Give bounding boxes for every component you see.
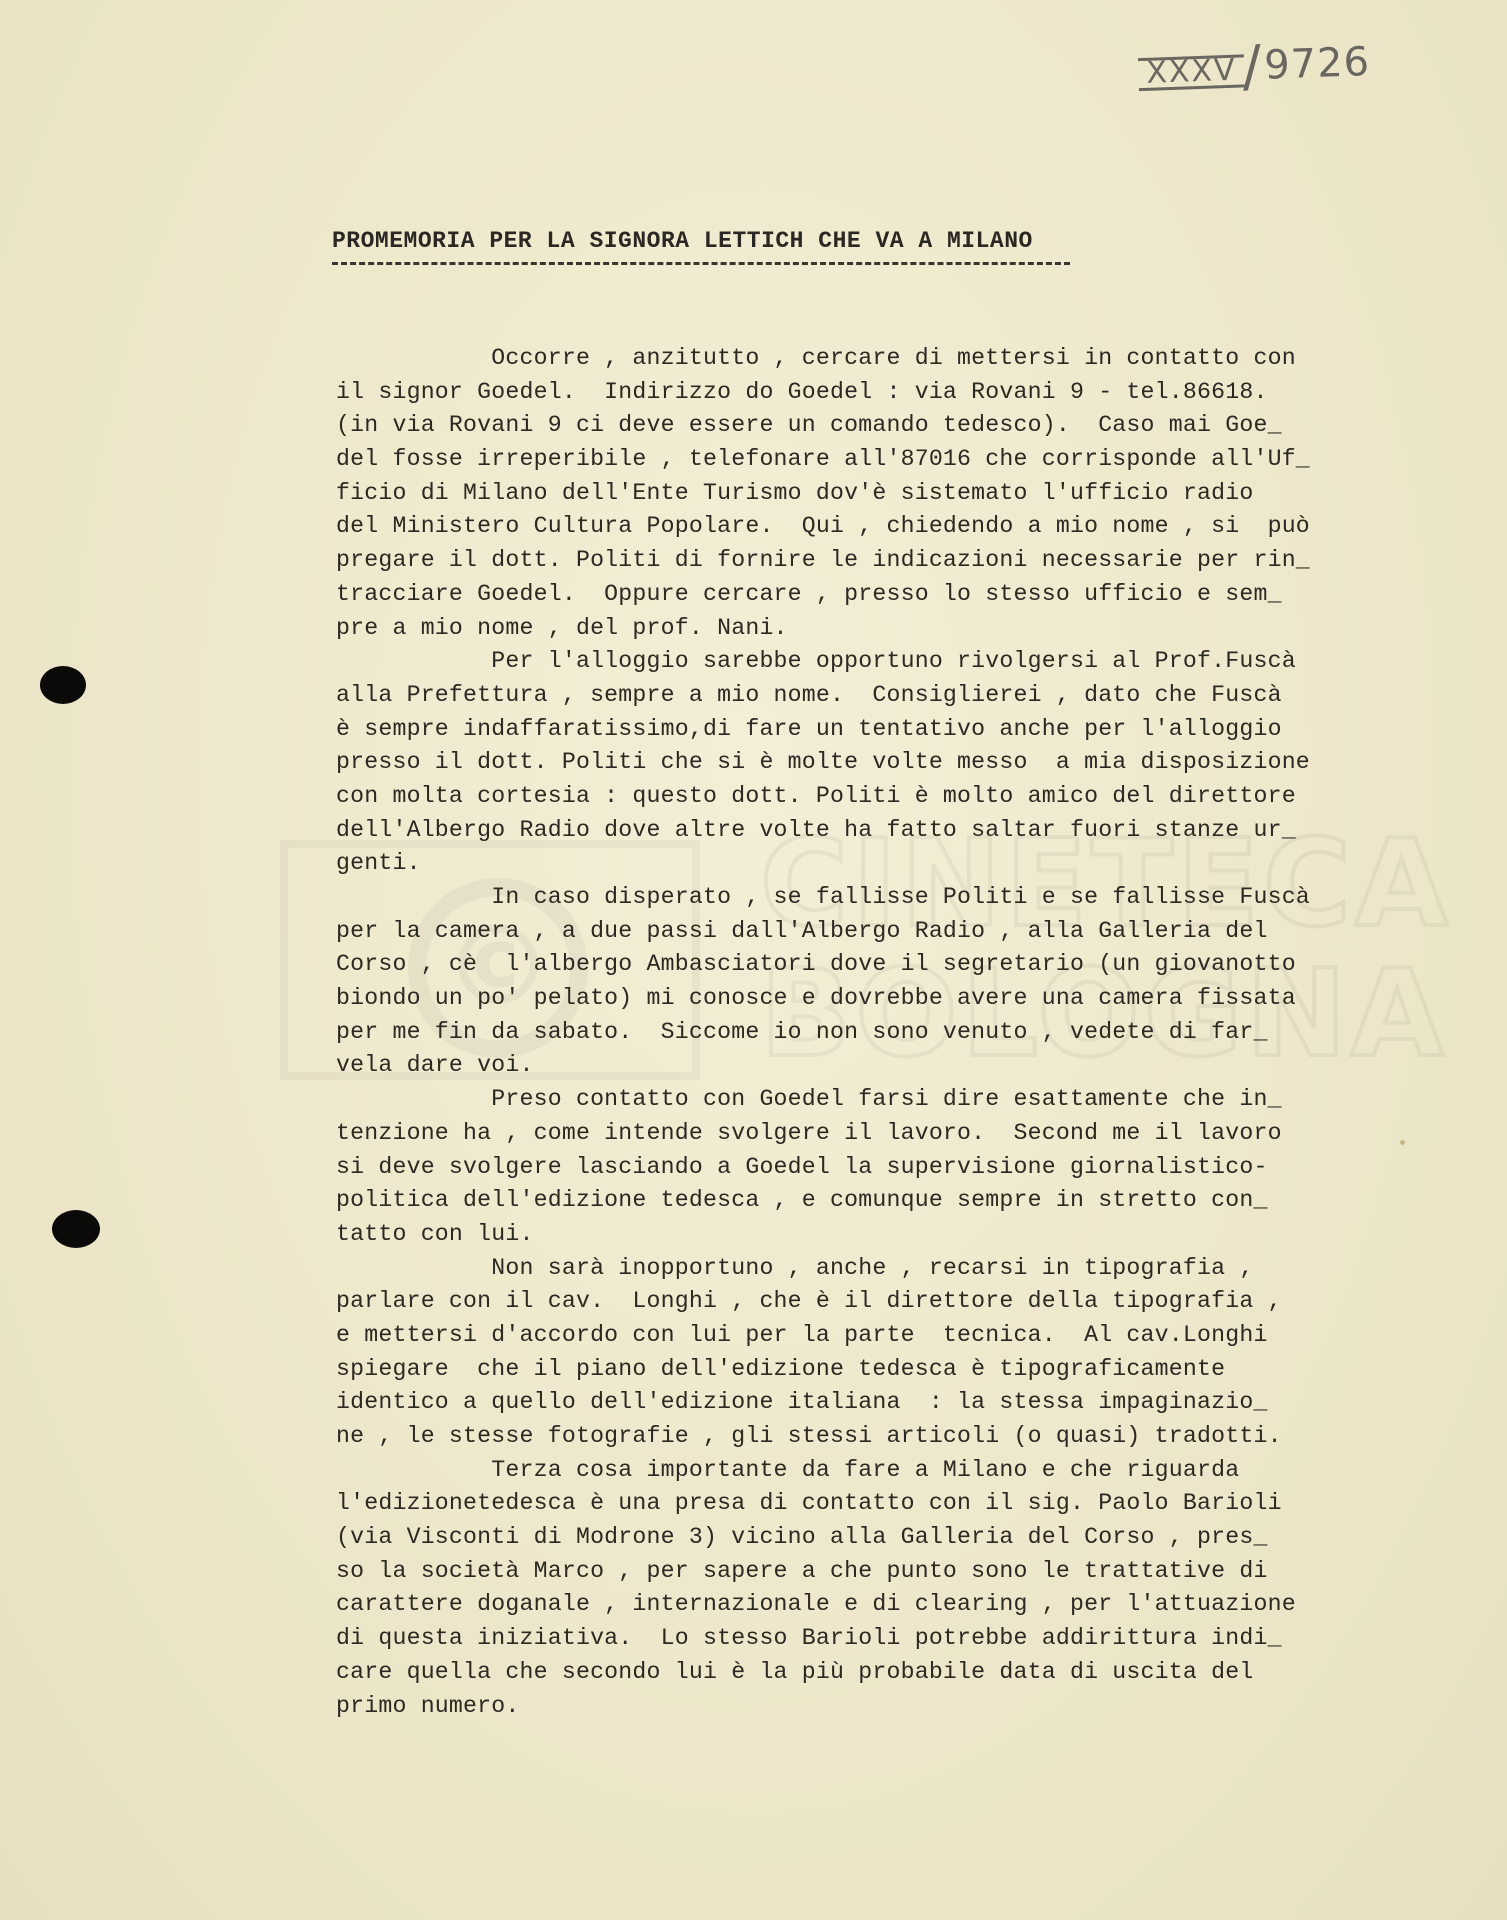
text-line: spiegare che il piano dell'edizione tede… [336,1353,1396,1387]
text-line: di questa iniziativa. Lo stesso Barioli … [336,1622,1396,1656]
text-line: del fosse irreperibile , telefonare all'… [336,443,1396,477]
archive-number: 9726 [1263,39,1370,89]
text-line: Occorre , anzitutto , cercare di metters… [336,342,1396,376]
text-line: genti. [336,847,1396,881]
text-line: so la società Marco , per sapere a che p… [336,1555,1396,1589]
text-line: è sempre indaffaratissimo,di fare un ten… [336,713,1396,747]
text-line: Per l'alloggio sarebbe opportuno rivolge… [336,645,1396,679]
text-line: l'edizionetedesca è una presa di contatt… [336,1487,1396,1521]
archive-roman-numeral: XXXV [1142,53,1241,91]
text-line: In caso disperato , se fallisse Politi e… [336,881,1396,915]
text-line: del Ministero Cultura Popolare. Qui , ch… [336,510,1396,544]
text-line: care quella che secondo lui è la più pro… [336,1656,1396,1690]
text-line: ficio di Milano dell'Ente Turismo dov'è … [336,477,1396,511]
text-line: carattere doganale , internazionale e di… [336,1588,1396,1622]
paper-speck [1400,1140,1405,1145]
text-line: si deve svolgere lasciando a Goedel la s… [336,1151,1396,1185]
text-line: pregare il dott. Politi di fornire le in… [336,544,1396,578]
text-line: pre a mio nome , del prof. Nani. [336,612,1396,646]
text-line: biondo un po' pelato) mi conosce e dovre… [336,982,1396,1016]
punch-hole-top [40,666,86,704]
text-line: per la camera , a due passi dall'Albergo… [336,915,1396,949]
text-line: Terza cosa importante da fare a Milano e… [336,1454,1396,1488]
document-title: PROMEMORIA PER LA SIGNORA LETTICH CHE VA… [332,228,1033,254]
text-line: presso il dott. Politi che si è molte vo… [336,746,1396,780]
text-line: per me fin da sabato. Siccome io non son… [336,1016,1396,1050]
text-line: il signor Goedel. Indirizzo do Goedel : … [336,376,1396,410]
text-line: con molta cortesia : questo dott. Politi… [336,780,1396,814]
title-underline [332,262,1070,265]
text-line: tenzione ha , come intende svolgere il l… [336,1117,1396,1151]
text-line: parlare con il cav. Longhi , che è il di… [336,1285,1396,1319]
text-line: e mettersi d'accordo con lui per la part… [336,1319,1396,1353]
punch-hole-bottom [52,1210,100,1248]
archive-reference: XXXV/9726 [1141,24,1371,97]
text-line: politica dell'edizione tedesca , e comun… [336,1184,1396,1218]
text-line: Corso , cè l'albergo Ambasciatori dove i… [336,948,1396,982]
text-line: ne , le stesse fotografie , gli stessi a… [336,1420,1396,1454]
text-line: alla Prefettura , sempre a mio nome. Con… [336,679,1396,713]
archive-separator: / [1241,34,1263,100]
text-line: primo numero. [336,1690,1396,1724]
text-line: tatto con lui. [336,1218,1396,1252]
text-line: dell'Albergo Radio dove altre volte ha f… [336,814,1396,848]
text-line: Preso contatto con Goedel farsi dire esa… [336,1083,1396,1117]
text-line: Non sarà inopportuno , anche , recarsi i… [336,1252,1396,1286]
text-line: tracciare Goedel. Oppure cercare , press… [336,578,1396,612]
text-line: vela dare voi. [336,1049,1396,1083]
text-line: identico a quello dell'edizione italiana… [336,1386,1396,1420]
document-body: Occorre , anzitutto , cercare di metters… [336,342,1396,1723]
text-line: (via Visconti di Modrone 3) vicino alla … [336,1521,1396,1555]
text-line: (in via Rovani 9 ci deve essere un coman… [336,409,1396,443]
